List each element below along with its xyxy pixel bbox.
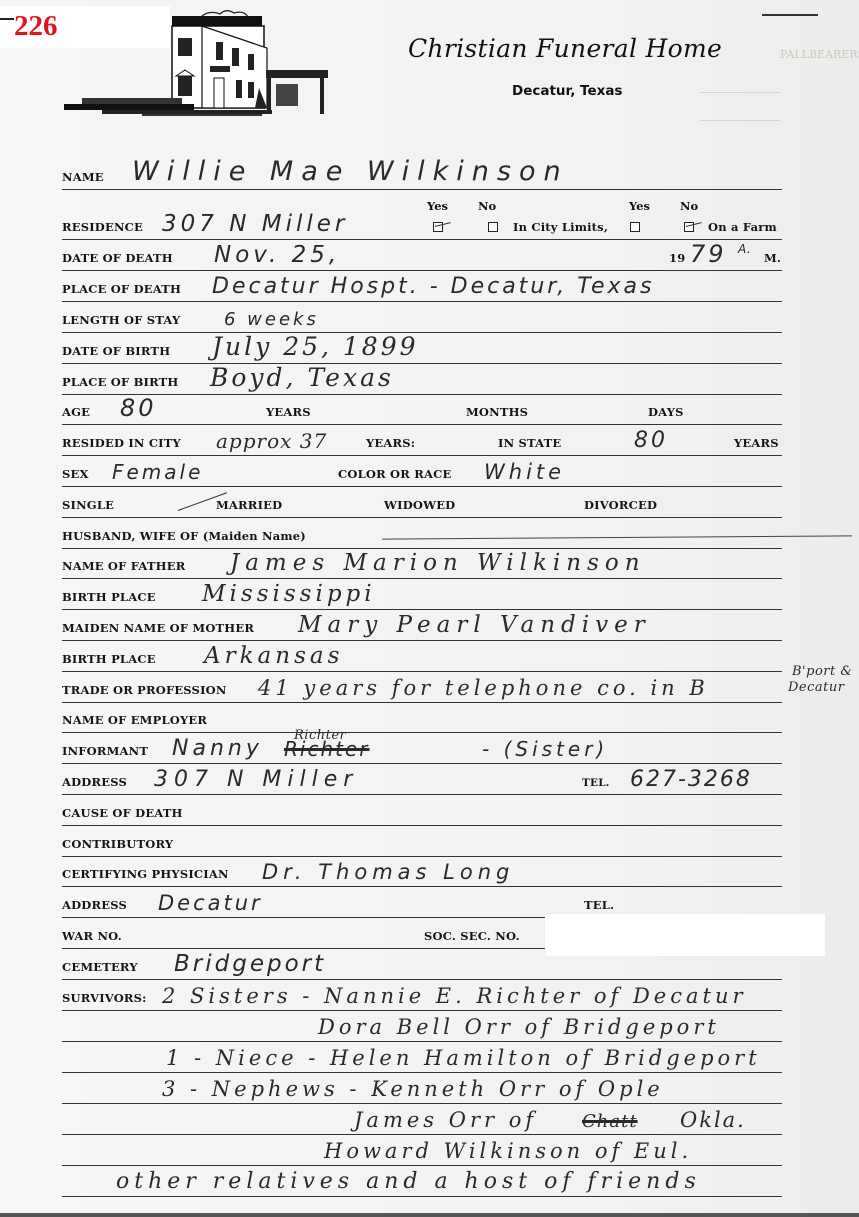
field-sex-race: SEX Female COLOR OR RACE White xyxy=(62,456,782,487)
mother-label: MAIDEN NAME OF MOTHER xyxy=(62,621,254,635)
field-marital-status: SINGLE MARRIED WIDOWED DIVORCED xyxy=(62,487,782,518)
mother-birthplace-label: BIRTH PLACE xyxy=(62,652,156,666)
marital-divorced[interactable]: DIVORCED xyxy=(584,498,657,512)
physician-label: CERTIFYING PHYSICIAN xyxy=(62,867,229,881)
race-label: COLOR OR RACE xyxy=(338,467,451,481)
survivor-line-5[interactable]: James Orr of xyxy=(354,1108,537,1132)
survivors-line-row: 3 - Nephews - Kenneth Orr of Ople xyxy=(62,1073,782,1104)
funeral-record-page: 226 Christian Funeral Home Decatur, Texa… xyxy=(0,0,859,1217)
age-value[interactable]: 80 xyxy=(120,394,157,422)
survivor-line-4[interactable]: 3 - Nephews - Kenneth Orr of Ople xyxy=(162,1077,664,1101)
physician-value[interactable]: Dr. Thomas Long xyxy=(262,860,514,884)
field-father-birthplace: BIRTH PLACE Mississippi xyxy=(62,579,782,610)
resided-in-city-label: RESIDED IN CITY xyxy=(62,436,181,450)
field-date-of-death: DATE OF DEATH Nov. 25, 19 79 A. M. xyxy=(62,240,782,271)
father-label: NAME OF FATHER xyxy=(62,559,185,573)
survivor-line-3[interactable]: 1 - Niece - Helen Hamilton of Bridgeport xyxy=(166,1046,761,1070)
tel-value[interactable]: 627-3268 xyxy=(630,767,752,792)
bleed-through-line xyxy=(700,120,780,121)
field-mother: MAIDEN NAME OF MOTHER Mary Pearl Vandive… xyxy=(62,610,782,641)
informant-value[interactable]: Nanny xyxy=(172,736,263,761)
date-of-death-label: DATE OF DEATH xyxy=(62,251,173,265)
contributory-label: CONTRIBUTORY xyxy=(62,837,173,851)
business-location: Decatur, Texas xyxy=(512,83,622,99)
name-value[interactable]: Willie Mae Wilkinson xyxy=(132,156,569,187)
field-date-of-birth: DATE OF BIRTH July 25, 1899 xyxy=(62,333,782,364)
length-of-stay-value[interactable]: 6 weeks xyxy=(224,309,319,330)
sex-label: SEX xyxy=(62,467,89,481)
funeral-home-building-illustration xyxy=(62,8,332,120)
address-value[interactable]: 307 N Miller xyxy=(154,767,358,792)
survivors-line-row: James Orr of Chatt Okla. xyxy=(62,1104,782,1135)
survivor-okla[interactable]: Okla. xyxy=(680,1108,746,1132)
cause-of-death-label: CAUSE OF DEATH xyxy=(62,806,183,820)
father-value[interactable]: James Marion Wilkinson xyxy=(230,550,646,576)
residence-value[interactable]: 307 N Miller xyxy=(162,211,348,237)
age-years-label: YEARS xyxy=(266,405,311,419)
city-limits-label: In City Limits, xyxy=(513,220,608,234)
in-state-label: IN STATE xyxy=(498,436,561,450)
mother-birthplace-value[interactable]: Arkansas xyxy=(204,643,343,669)
informant-label: INFORMANT xyxy=(62,744,148,758)
residence-label: RESIDENCE xyxy=(62,220,143,234)
field-employer: NAME OF EMPLOYER xyxy=(62,702,782,733)
physician-address-value[interactable]: Decatur xyxy=(158,891,263,915)
year-prefix: 19 xyxy=(669,251,685,265)
informant-correction: Richter xyxy=(294,728,346,743)
am-pm-value[interactable]: A. xyxy=(738,242,751,256)
cemetery-label: CEMETERY xyxy=(62,960,138,974)
date-of-death-value[interactable]: Nov. 25, xyxy=(214,242,340,268)
m-label: M. xyxy=(764,251,781,265)
father-birthplace-label: BIRTH PLACE xyxy=(62,590,156,604)
field-contributory: CONTRIBUTORY xyxy=(62,826,782,857)
in-state-value[interactable]: 80 xyxy=(634,428,668,453)
business-name: Christian Funeral Home xyxy=(408,34,722,63)
bleed-through-text: PALLBEARERS xyxy=(780,48,859,61)
father-birthplace-value[interactable]: Mississippi xyxy=(202,581,376,607)
physician-address-label: ADDRESS xyxy=(62,898,127,912)
cemetery-value[interactable]: Bridgeport xyxy=(174,951,326,977)
survivors-line-row: 1 - Niece - Helen Hamilton of Bridgeport xyxy=(62,1042,782,1073)
field-length-of-stay: LENGTH OF STAY 6 weeks xyxy=(62,302,782,333)
marital-widowed[interactable]: WIDOWED xyxy=(384,498,455,512)
farm-no-checkbox[interactable] xyxy=(684,222,694,232)
top-dash-mark xyxy=(762,14,818,16)
spouse-dash-line xyxy=(382,535,852,540)
survivor-struck-word: Chatt xyxy=(582,1111,638,1132)
physician-tel-label: TEL. xyxy=(584,898,614,912)
survivor-line-2[interactable]: Dora Bell Orr of Bridgeport xyxy=(318,1015,720,1039)
field-name: NAME Willie Mae Wilkinson xyxy=(62,159,782,190)
in-state-years-label: YEARS xyxy=(734,436,779,450)
survivors-line-row: Dora Bell Orr of Bridgeport xyxy=(62,1011,782,1042)
farm-yes-checkbox[interactable] xyxy=(630,222,640,232)
page-bottom-edge xyxy=(0,1213,859,1217)
trade-value[interactable]: 41 years for telephone co. in B xyxy=(258,676,709,700)
field-informant: INFORMANT Nanny Richter Richter - (Siste… xyxy=(62,733,782,764)
trade-label: TRADE OR PROFESSION xyxy=(62,683,227,697)
resided-years-label: YEARS: xyxy=(366,436,415,450)
field-residence: RESIDENCE 307 N Miller In City Limits, O… xyxy=(62,209,782,240)
name-label: NAME xyxy=(62,170,104,184)
field-age: AGE 80 YEARS MONTHS DAYS xyxy=(62,394,782,425)
marital-married[interactable]: MARRIED xyxy=(216,498,282,512)
date-of-birth-label: DATE OF BIRTH xyxy=(62,344,170,358)
year-value[interactable]: 79 xyxy=(690,240,727,268)
length-of-stay-label: LENGTH OF STAY xyxy=(62,313,180,327)
marital-single[interactable]: SINGLE xyxy=(62,498,114,512)
city-limits-no-checkbox[interactable] xyxy=(488,222,498,232)
place-of-death-value[interactable]: Decatur Hospt. - Decatur, Texas xyxy=(212,274,655,299)
survivors-line-row: other relatives and a host of friends xyxy=(62,1166,782,1197)
bleed-through-line xyxy=(700,92,780,93)
informant-relation[interactable]: - (Sister) xyxy=(482,737,608,761)
survivor-line-7[interactable]: other relatives and a host of friends xyxy=(116,1169,701,1194)
place-of-birth-label: PLACE OF BIRTH xyxy=(62,375,178,389)
sex-value[interactable]: Female xyxy=(112,460,203,484)
place-of-death-label: PLACE OF DEATH xyxy=(62,282,181,296)
field-mother-birthplace: BIRTH PLACE Arkansas xyxy=(62,641,782,672)
field-spouse: HUSBAND, WIFE OF (Maiden Name) xyxy=(62,518,782,549)
war-no-label: WAR NO. xyxy=(62,929,122,943)
resided-in-city-value[interactable]: approx 37 xyxy=(216,429,327,453)
field-resided: RESIDED IN CITY approx 37 YEARS: IN STAT… xyxy=(62,425,782,456)
survivor-line-6[interactable]: Howard Wilkinson of Eul. xyxy=(324,1139,692,1163)
mother-value[interactable]: Mary Pearl Vandiver xyxy=(298,612,651,638)
field-place-of-birth: PLACE OF BIRTH Boyd, Texas xyxy=(62,364,782,395)
employer-label: NAME OF EMPLOYER xyxy=(62,713,207,727)
age-months-label: MONTHS xyxy=(466,405,528,419)
city-limits-yes-checkbox[interactable] xyxy=(433,222,443,232)
survivors-line-row: Howard Wilkinson of Eul. xyxy=(62,1135,782,1166)
field-place-of-death: PLACE OF DEATH Decatur Hospt. - Decatur,… xyxy=(62,271,782,302)
tel-label: TEL. xyxy=(582,777,610,789)
date-of-birth-value[interactable]: July 25, 1899 xyxy=(212,332,419,361)
address-label: ADDRESS xyxy=(62,775,127,789)
age-days-label: DAYS xyxy=(648,405,684,419)
field-physician: CERTIFYING PHYSICIAN Dr. Thomas Long xyxy=(62,856,782,887)
survivors-label: SURVIVORS: xyxy=(62,991,147,1005)
ssn-label: SOC. SEC. NO. xyxy=(424,929,520,943)
field-father: NAME OF FATHER James Marion Wilkinson xyxy=(62,548,782,579)
spouse-label: HUSBAND, WIFE OF (Maiden Name) xyxy=(62,529,306,543)
survivor-line-1[interactable]: 2 Sisters - Nannie E. Richter of Decatur xyxy=(162,984,747,1008)
farm-label: On a Farm xyxy=(708,220,777,234)
place-of-birth-value[interactable]: Boyd, Texas xyxy=(210,363,394,392)
field-trade: TRADE OR PROFESSION 41 years for telepho… xyxy=(62,672,782,703)
field-survivors: SURVIVORS: 2 Sisters - Nannie E. Richter… xyxy=(62,980,782,1011)
field-cemetery: CEMETERY Bridgeport xyxy=(62,949,782,980)
age-label: AGE xyxy=(62,405,90,419)
race-value[interactable]: White xyxy=(484,460,565,484)
field-cause-of-death: CAUSE OF DEATH xyxy=(62,795,782,826)
field-informant-address: ADDRESS 307 N Miller TEL. 627-3268 xyxy=(62,764,782,795)
